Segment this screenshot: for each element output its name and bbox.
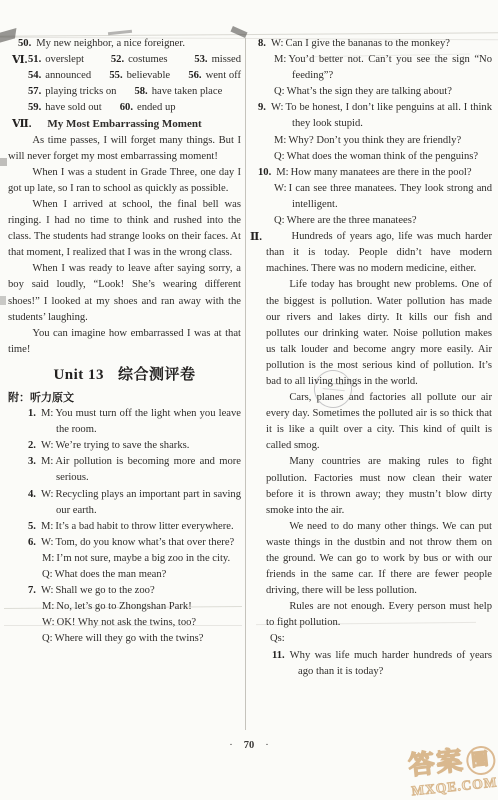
transcript-line: Q:What does the woman think of the pengu…: [252, 149, 492, 165]
transcript-line: 5.M:It’s a bad habit to throw litter eve…: [8, 519, 241, 535]
transcript-line: M:No, let’s go to Zhongshan Park!: [8, 599, 241, 615]
essay-paragraph: You can imagine how embarrassed I was at…: [8, 326, 241, 358]
vocab-item: 57.playing tricks on: [28, 84, 116, 100]
passage-paragraph: Cars, planes and factories all pollute o…: [266, 390, 492, 454]
transcript-line: M:You’d better not. Can’t you see the si…: [252, 52, 492, 84]
transcript-label: 附：听力原文: [8, 390, 241, 406]
essay-paragraph: When I was ready to leave after saying s…: [8, 261, 241, 325]
page-number-value: 70: [244, 740, 255, 751]
unit-heading: Unit 13综合测评卷: [8, 367, 241, 383]
passage-paragraph: Rules are not enough. Every person must …: [266, 599, 492, 631]
section-label: Ⅵ.: [12, 52, 27, 68]
passage-paragraph: Hundreds of years ago, life was much har…: [266, 229, 492, 277]
vocab-item: 60.ended up: [120, 100, 176, 116]
page-number-dot: ·: [265, 740, 269, 751]
column-divider: [245, 38, 246, 730]
section-label: Ⅱ.: [250, 229, 262, 245]
vocab-item: 54.announced: [28, 68, 91, 84]
transcript-line: Ⅱ.6.W:Tom, do you know what’s that over …: [8, 535, 241, 551]
passage-paragraph: We need to do many other things. We can …: [266, 519, 492, 599]
scan-smudge: [0, 158, 7, 166]
questions-label: Qs:: [270, 631, 492, 647]
vocab-item: 58.have taken place: [134, 84, 222, 100]
vocab-item: 56.went off: [188, 68, 241, 84]
question-line: 11.Why was life much harder hundreds of …: [252, 648, 492, 680]
vocab-item: 55.believable: [109, 68, 170, 84]
transcript-line: Q:Where will they go with the twins?: [8, 631, 241, 647]
transcript-line: 3.M:Air pollution is becoming more and m…: [8, 454, 241, 486]
passage-paragraph: Life today has brought new problems. One…: [266, 277, 492, 390]
transcript-line: 4.W:Recycling plays an important part in…: [8, 487, 241, 519]
passage-paragraph: Many countries are making rules to fight…: [266, 454, 492, 518]
transcript-line: 8.W:Can I give the bananas to the monkey…: [252, 36, 492, 52]
section-label: Ⅶ.: [12, 116, 32, 132]
watermark-logo: 答案圈 MXQE.COM: [406, 737, 498, 800]
transcript-line: W:I can see three manatees. They look st…: [252, 181, 492, 213]
answer-text: My new neighbor, a nice foreigner.: [36, 38, 185, 49]
transcript-line: Q:What’s the sign they are talking about…: [252, 84, 492, 100]
transcript-line: 2.W:We’re trying to save the sharks.: [8, 438, 241, 454]
essay-title: My Most Embarrassing Moment: [47, 118, 201, 130]
essay-title-row: Ⅶ. My Most Embarrassing Moment: [8, 116, 241, 132]
unit-label: Unit 13: [53, 367, 104, 383]
answer-number: 50.: [18, 38, 31, 49]
vocab-row: 57.playing tricks on 58.have taken place: [8, 84, 241, 100]
answer-line: 50.My new neighbor, a nice foreigner.: [8, 36, 241, 52]
listening-passage: Ⅱ. Hundreds of years ago, life was much …: [266, 229, 492, 631]
watermark-brand-text: 答案: [407, 746, 466, 781]
watermark-circle-glyph: 圈: [465, 745, 497, 777]
unit-title: 综合测评卷: [118, 367, 196, 383]
right-column: 8.W:Can I give the bananas to the monkey…: [252, 36, 492, 680]
transcript-line: Q:What does the man mean?: [8, 567, 241, 583]
vocab-row: 59.have sold out 60.ended up: [8, 100, 241, 116]
transcript-line: 7.W:Shall we go to the zoo?: [8, 583, 241, 599]
transcript-line: Ⅰ.1.M:You must turn off the light when y…: [8, 406, 241, 438]
vocab-item: 52.costumes: [111, 52, 168, 68]
scan-smudge: [0, 296, 6, 305]
essay-paragraph: When I was a student in Grade Three, one…: [8, 165, 241, 197]
page-number-dot: ·: [229, 740, 233, 751]
vocab-row: Ⅵ. 51.overslept 52.costumes 53.missed: [8, 52, 241, 68]
vocab-item: 51.overslept: [28, 52, 84, 68]
transcript-line: 10.M:How many manatees are there in the …: [252, 165, 492, 181]
left-column: 50.My new neighbor, a nice foreigner. Ⅵ.…: [8, 36, 241, 647]
essay-paragraph: When I arrived at school, the final bell…: [8, 197, 241, 261]
stamp-marks: [323, 382, 345, 385]
transcript-line: Q:Where are the three manatees?: [252, 213, 492, 229]
vocab-item: 59.have sold out: [28, 100, 102, 116]
essay-body: As time passes, I will forget many thing…: [8, 133, 241, 358]
scanned-workbook-page: 50.My new neighbor, a nice foreigner. Ⅵ.…: [0, 0, 498, 800]
transcript-line: M:I’m not sure, maybe a big zoo in the c…: [8, 551, 241, 567]
essay-paragraph: As time passes, I will forget many thing…: [8, 133, 241, 165]
vocab-item: 53.missed: [194, 52, 241, 68]
transcript-line: 9.W:To be honest, I don’t like penguins …: [252, 100, 492, 132]
vocab-row: 54.announced 55.believable 56.went off: [8, 68, 241, 84]
transcript-line: M:Why? Don’t you think they are friendly…: [252, 133, 492, 149]
transcript-line: W:OK! Why not ask the twins, too?: [8, 615, 241, 631]
